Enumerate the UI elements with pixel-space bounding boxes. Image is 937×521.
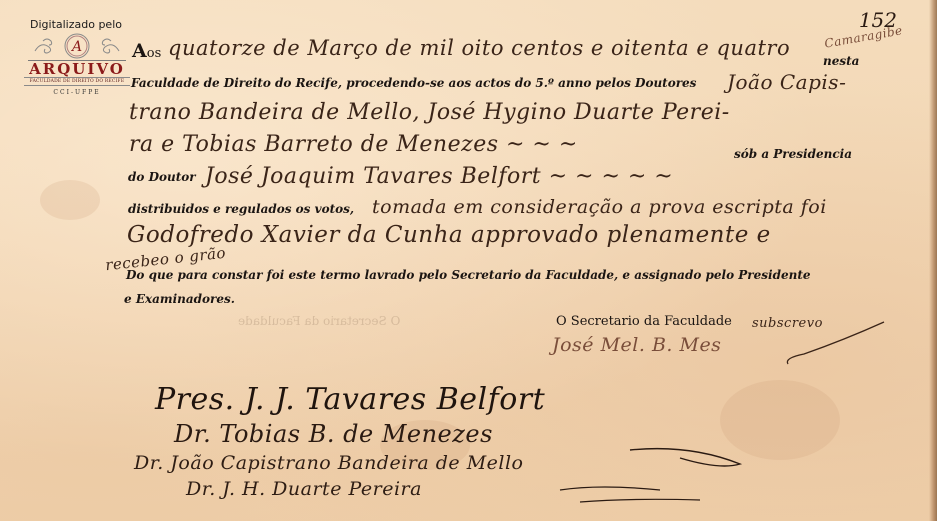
- line-1-printed-start: Aos: [132, 40, 161, 62]
- line-3-handwritten: trano Bandeira de Mello, José Hygino Dua…: [129, 100, 730, 125]
- line-1-handwritten: quatorze de Março de mil oito centos e o…: [168, 36, 790, 60]
- line-2-handwritten: João Capis-: [727, 70, 846, 94]
- secretary-label: O Secretario da Faculdade: [556, 314, 732, 329]
- brand-subtitle: FACULDADE DE DIREITO DO RECIFE: [24, 77, 130, 86]
- line-2-printed: Faculdade de Direito do Recife, proceden…: [131, 76, 696, 90]
- line-1-printed-end: nesta: [823, 54, 859, 68]
- emblem-icon: A: [22, 33, 132, 59]
- closing-sentence: Do que para constar foi este termo lavra…: [126, 268, 811, 282]
- line-5-printed: do Doutor: [128, 170, 196, 184]
- line-4-printed: sób a Presidencia: [734, 147, 852, 161]
- line-6-printed: distribuidos e regulados os votos,: [128, 202, 354, 216]
- line-6-handwritten: tomada em consideração a prova escripta …: [372, 196, 827, 218]
- brand-name: ARQUIVO: [22, 61, 132, 77]
- document-page: Digitalizado pelo A ARQUIVO FACULDADE DE…: [0, 0, 937, 521]
- closing-examiners: e Examinadores.: [124, 292, 235, 306]
- line-5-handwritten: José Joaquim Tavares Belfort ~ ~ ~ ~ ~: [205, 164, 673, 189]
- line-1-printed-text: os: [147, 46, 162, 61]
- signature-underline-icon: [480, 420, 740, 510]
- signature-examiner-capistrano: Dr. João Capistrano Bandeira de Mello: [134, 452, 523, 474]
- brand-unit: CCI-UFPE: [22, 89, 132, 96]
- archive-watermark-logo: Digitalizado pelo A ARQUIVO FACULDADE DE…: [22, 18, 132, 96]
- signature-president: Pres. J. J. Tavares Belfort: [155, 382, 545, 417]
- signature-flourish-icon: [780, 320, 900, 370]
- drop-cap: A: [132, 40, 147, 62]
- bleed-through-text: O Secretario da Faculdade: [238, 314, 400, 328]
- emblem-letter: A: [70, 39, 82, 55]
- signature-examiner-hygino: Dr. J. H. Duarte Pereira: [186, 478, 422, 500]
- line-4-handwritten: ra e Tobias Barreto de Menezes ~ ~ ~: [129, 132, 578, 157]
- secretary-signature: José Mel. B. Mes: [552, 334, 721, 356]
- page-edge: [929, 0, 937, 521]
- digitized-by-label: Digitalizado pelo: [30, 18, 132, 31]
- signature-examiner-tobias: Dr. Tobias B. de Menezes: [174, 420, 493, 448]
- paper-stain: [40, 180, 100, 220]
